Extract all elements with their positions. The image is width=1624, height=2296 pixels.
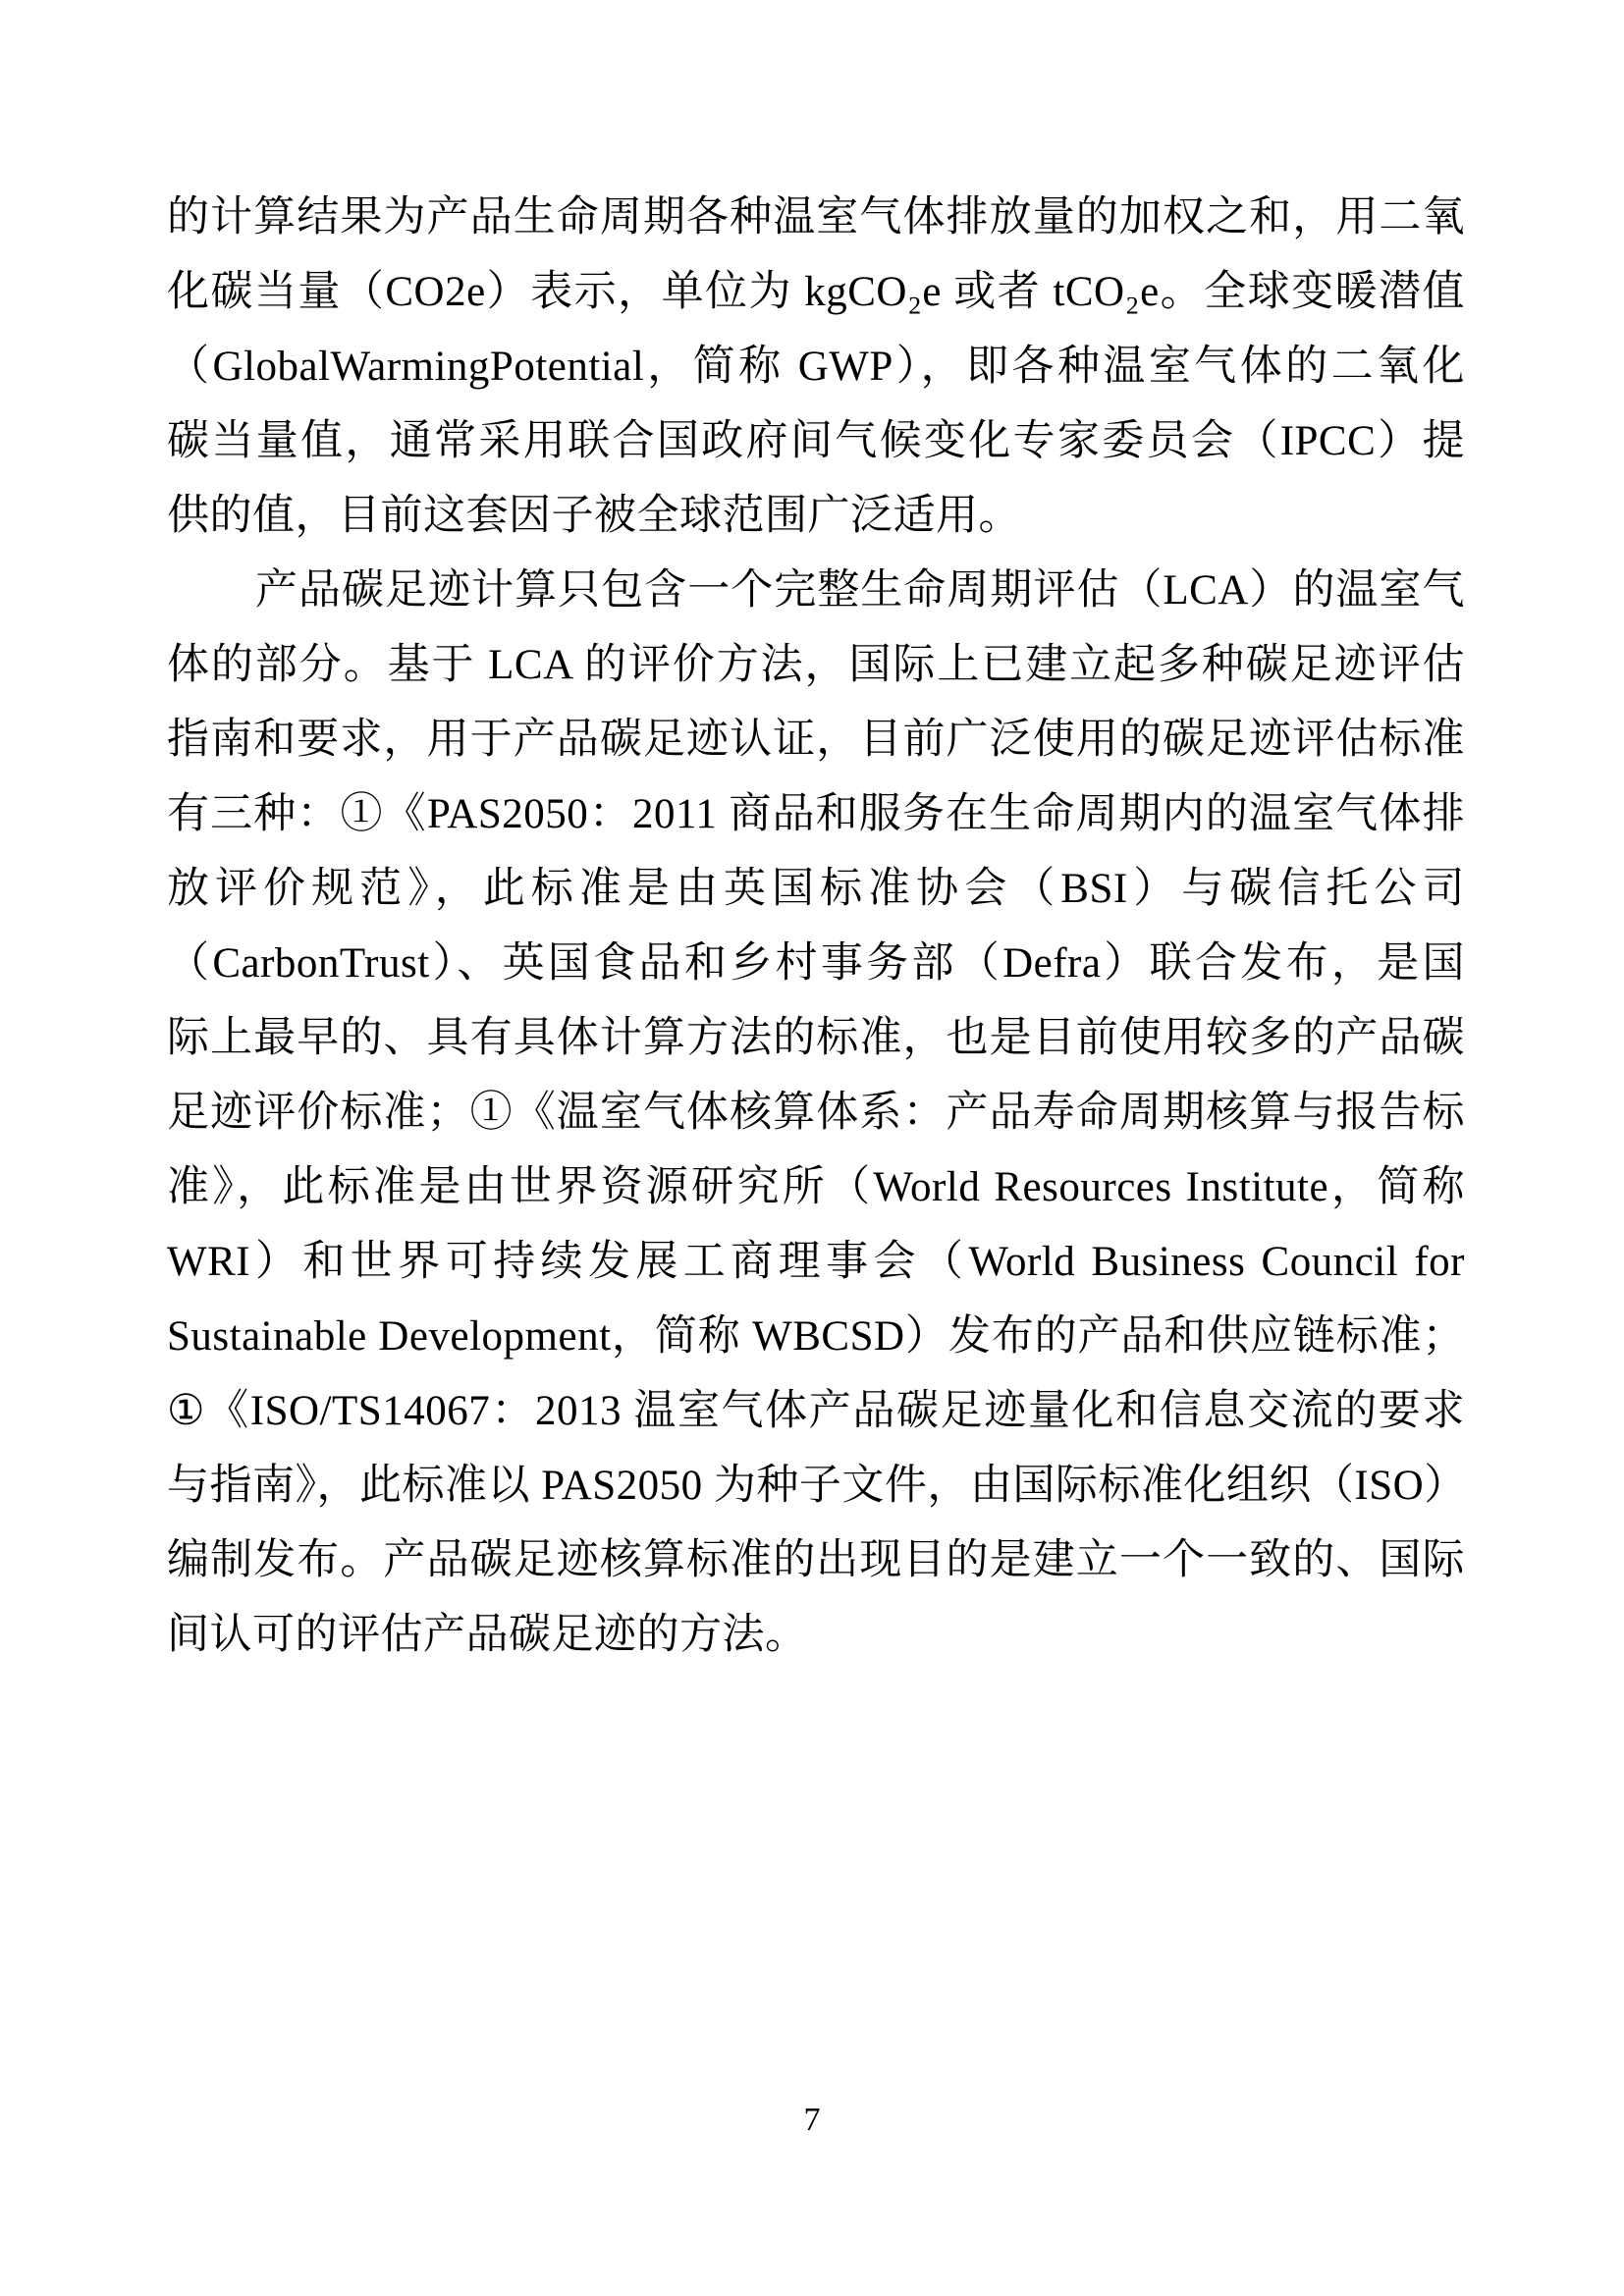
text-line: 准》，此标准是由世界资源研究所（World Resources Institut… (167, 1150, 1465, 1225)
text-line: 间认可的评估产品碳足迹的方法。 (167, 1598, 1465, 1673)
text-line: 际上最早的、具有具体计算方法的标准，也是目前使用较多的产品碳 (167, 1001, 1465, 1076)
text-line: WRI）和世界可持续发展工商理事会（World Business Council… (167, 1225, 1465, 1300)
text-line: （CarbonTrust）、英国食品和乡村事务部（Defra）联合发布，是国 (167, 927, 1465, 1001)
document-body: 的计算结果为产品生命周期各种温室气体排放量的加权之和，用二氧化碳当量（CO2e）… (167, 181, 1465, 1673)
text-line: 放评价规范》，此标准是由英国标准协会（BSI）与碳信托公司 (167, 852, 1465, 927)
text-line: 体的部分。基于 LCA 的评价方法，国际上已建立起多种碳足迹评估 (167, 628, 1465, 703)
text-line: 产品碳足迹计算只包含一个完整生命周期评估（LCA）的温室气 (167, 554, 1465, 628)
text-line: 的计算结果为产品生命周期各种温室气体排放量的加权之和，用二氧 (167, 181, 1465, 255)
text-line: ①《ISO/TS14067：2013 温室气体产品碳足迹量化和信息交流的要求 (167, 1374, 1465, 1449)
page-number: 7 (0, 2101, 1624, 2140)
text-line: 编制发布。产品碳足迹核算标准的出现目的是建立一个一致的、国际 (167, 1523, 1465, 1598)
text-line: 足迹评价标准；①《温室气体核算体系：产品寿命周期核算与报告标 (167, 1076, 1465, 1150)
text-line: 碳当量值，通常采用联合国政府间气候变化专家委员会（IPCC）提 (167, 404, 1465, 479)
text-line: 供的值，目前这套因子被全球范围广泛适用。 (167, 479, 1465, 554)
text-line: 化碳当量（CO2e）表示，单位为 kgCO₂e 或者 tCO₂e。全球变暖潜值 (167, 255, 1465, 330)
text-line: （GlobalWarmingPotential，简称 GWP），即各种温室气体的… (167, 330, 1465, 404)
text-line: 有三种：①《PAS2050：2011 商品和服务在生命周期内的温室气体排 (167, 777, 1465, 852)
text-line: 与指南》，此标准以 PAS2050 为种子文件，由国际标准化组织（ISO） (167, 1449, 1465, 1523)
document-page: 的计算结果为产品生命周期各种温室气体排放量的加权之和，用二氧化碳当量（CO2e）… (0, 0, 1624, 2296)
text-line: 指南和要求，用于产品碳足迹认证，目前广泛使用的碳足迹评估标准 (167, 703, 1465, 777)
text-line: Sustainable Development，简称 WBCSD）发布的产品和供… (167, 1300, 1465, 1374)
